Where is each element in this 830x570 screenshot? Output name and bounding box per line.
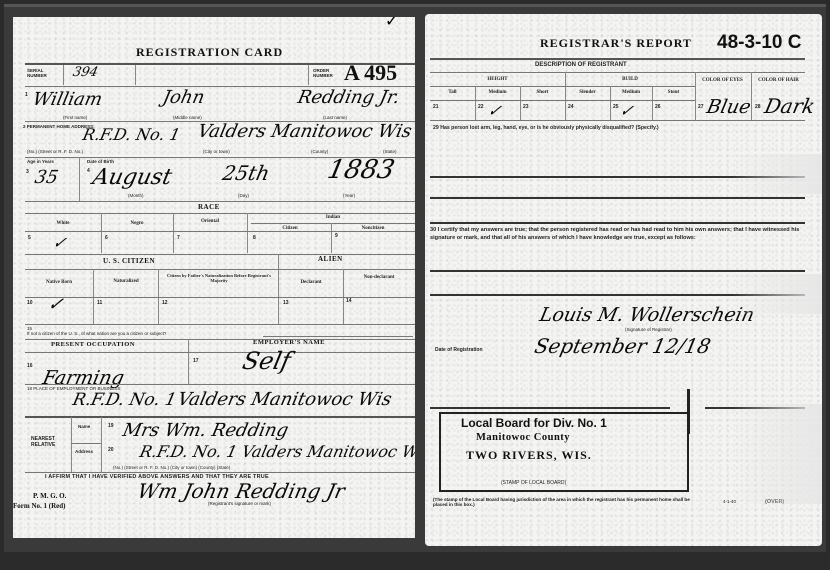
hair-color-value: Dark [762, 94, 817, 118]
home-city: Valders Manitowoc Wis [196, 121, 414, 142]
us-citizen-title: U. S. CITIZEN [103, 257, 155, 265]
birth-month: August [90, 165, 174, 190]
order-number: A 495 [344, 60, 397, 86]
form-id-line2: Form No. 1 (Red) [13, 502, 66, 510]
alien-title: ALIEN [318, 255, 343, 263]
date-of-registration-label: Date of Registration [435, 348, 483, 354]
first-name: William [31, 89, 104, 110]
nearest-relative-label: NEAREST RELATIVE [31, 437, 67, 448]
employer-value: Self [240, 347, 293, 375]
certification-30: 30 I certify that my answers are true; t… [430, 227, 805, 243]
registrar-signature: Louis M. Wollerschein [538, 304, 757, 326]
serial-number: 394 [71, 65, 99, 80]
question-29: 29 Has person lost arm, leg, hand, eye, … [433, 125, 803, 132]
race-title: RACE [198, 203, 220, 211]
height-medium-check: ✓ [486, 101, 503, 120]
report-title: REGISTRAR'S REPORT [540, 36, 692, 51]
description-title: DESCRIPTION OF REGISTRANT [535, 62, 627, 68]
eye-color-value: Blue [705, 96, 753, 118]
middle-name: John [161, 87, 207, 108]
relative-address: R.F.D. No. 1 Valders Manitowoc Wis [138, 442, 415, 461]
native-born-check: ✓ [46, 294, 66, 315]
stamp-instructions: (The stamp of the Local Board having jur… [433, 497, 693, 507]
local-board-stamp: Local Board for Div. No. 1 Manitowoc Cou… [439, 412, 689, 492]
registrant-signature: Wm John Redding Jr [135, 479, 347, 503]
home-street: R.F.D. No. 1 [81, 125, 182, 144]
nationality-question: 15If not a citizen of the U. S., of what… [27, 327, 166, 337]
card-title: REGISTRATION CARD [136, 45, 283, 60]
scan-frame: ✓ REGISTRATION CARD SERIAL NUMBER 394 OR… [0, 0, 830, 570]
build-medium-check: ✓ [618, 101, 635, 120]
date-of-registration-value: September 12/18 [532, 334, 712, 358]
birth-year: 1883 [325, 155, 398, 185]
age-value: 35 [33, 167, 60, 188]
registrars-report-back: REGISTRAR'S REPORT 48-3-10 C DESCRIPTION… [425, 14, 822, 546]
report-code: 48-3-10 C [717, 32, 802, 54]
last-name: Redding Jr. [296, 87, 402, 108]
check-mark: ✓ [385, 17, 398, 30]
order-label: ORDER NUMBER [313, 69, 339, 79]
relative-name: Mrs Wm. Redding [121, 420, 291, 441]
employment-street: R.F.D. No. 1 [71, 390, 178, 410]
form-id-line1: P. M. G. O. [33, 492, 66, 500]
serial-label: SERIAL NUMBER [27, 69, 53, 79]
birth-day: 25th [220, 161, 271, 185]
race-white-check: ✓ [51, 233, 68, 252]
employment-city: Valders Manitowoc Wis [176, 389, 394, 410]
registration-card-front: ✓ REGISTRATION CARD SERIAL NUMBER 394 OR… [13, 17, 415, 538]
